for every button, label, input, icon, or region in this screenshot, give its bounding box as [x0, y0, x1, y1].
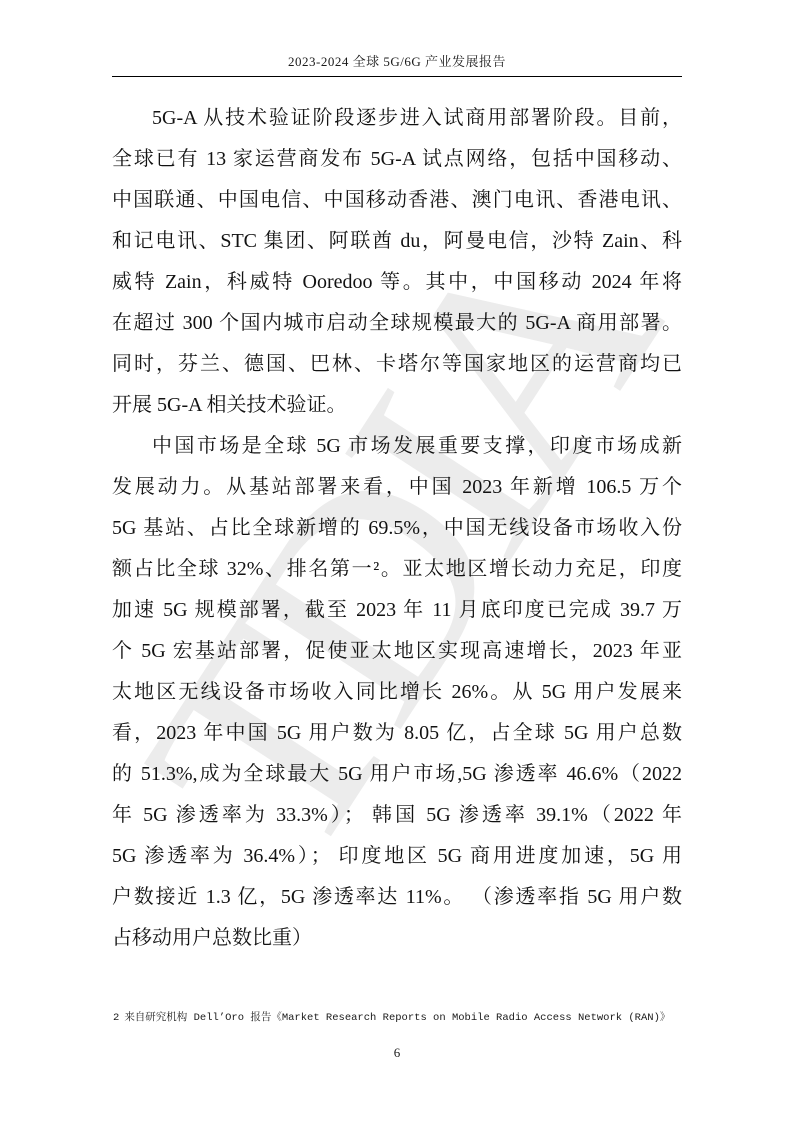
footnote: 2来自研究机构 Dell’Oro 报告《Market Research Repo…: [113, 1011, 754, 1026]
body-text-line: 中国联通、中国电信、中国移动香港、澳门电讯、香港电讯、: [112, 180, 682, 221]
body-text-line: 的 51.3%,成为全球最大 5G 用户市场,5G 渗透率 46.6%（2022: [112, 754, 682, 795]
paragraph-1: 5G-A 从技术验证阶段逐步进入试商用部署阶段。目前， 全球已有 13 家运营商…: [112, 98, 682, 426]
body-text-line: 年 5G 渗透率为 33.3%）； 韩国 5G 渗透率 39.1%（2022 年: [112, 795, 682, 836]
body-text-line: 5G 渗透率为 36.4%）； 印度地区 5G 商用进度加速，5G 用: [112, 836, 682, 877]
body-text-line: 占移动用户总数比重）: [112, 918, 682, 959]
page-header: 2023-2024 全球 5G/6G 产业发展报告: [112, 0, 682, 77]
page-number: 6: [0, 1045, 794, 1061]
paragraph-2: 中国市场是全球 5G 市场发展重要支撑，印度市场成新 发展动力。从基站部署来看，…: [112, 426, 682, 959]
body-text-line: 威特 Zain，科威特 Ooredoo 等。其中，中国移动 2024 年将: [112, 262, 682, 303]
body-text-line: 同时，芬兰、德国、巴林、卡塔尔等国家地区的运营商均已: [112, 344, 682, 385]
body-text-line: 开展 5G-A 相关技术验证。: [112, 385, 682, 426]
footnote-marker: 2: [113, 1012, 119, 1024]
body-text-line: 5G 基站、占比全球新增的 69.5%，中国无线设备市场收入份: [112, 508, 682, 549]
body-text-line: 发展动力。从基站部署来看，中国 2023 年新增 106.5 万个: [112, 467, 682, 508]
body-text-line: 个 5G 宏基站部署，促使亚太地区实现高速增长，2023 年亚: [112, 631, 682, 672]
body-text: 5G-A 从技术验证阶段逐步进入试商用部署阶段。目前， 全球已有 13 家运营商…: [112, 98, 682, 959]
footnote-text: 来自研究机构 Dell’Oro 报告《Market Research Repor…: [124, 1012, 670, 1024]
body-text-line: 中国市场是全球 5G 市场发展重要支撑，印度市场成新: [112, 426, 682, 467]
body-text-line: 5G-A 从技术验证阶段逐步进入试商用部署阶段。目前，: [112, 98, 682, 139]
header-rule: [112, 76, 682, 77]
body-text-line: 加速 5G 规模部署，截至 2023 年 11 月底印度已完成 39.7 万: [112, 590, 682, 631]
body-text-line: 在超过 300 个国内城市启动全球规模最大的 5G-A 商用部署。: [112, 303, 682, 344]
body-text-line: 和记电讯、STC 集团、阿联酋 du，阿曼电信，沙特 Zain、科: [112, 221, 682, 262]
document-page: TDIA 2023-2024 全球 5G/6G 产业发展报告 5G-A 从技术验…: [0, 0, 794, 1123]
body-text-line: 户数接近 1.3 亿，5G 渗透率达 11%。 （渗透率指 5G 用户数: [112, 877, 682, 918]
body-text-line: 太地区无线设备市场收入同比增长 26%。从 5G 用户发展来: [112, 672, 682, 713]
report-title: 2023-2024 全球 5G/6G 产业发展报告: [112, 52, 682, 71]
body-text-line: 看，2023 年中国 5G 用户数为 8.05 亿，占全球 5G 用户总数: [112, 713, 682, 754]
body-text-line: 额占比全球 32%、排名第一²。亚太地区增长动力充足，印度: [112, 549, 682, 590]
body-text-line: 全球已有 13 家运营商发布 5G-A 试点网络，包括中国移动、: [112, 139, 682, 180]
